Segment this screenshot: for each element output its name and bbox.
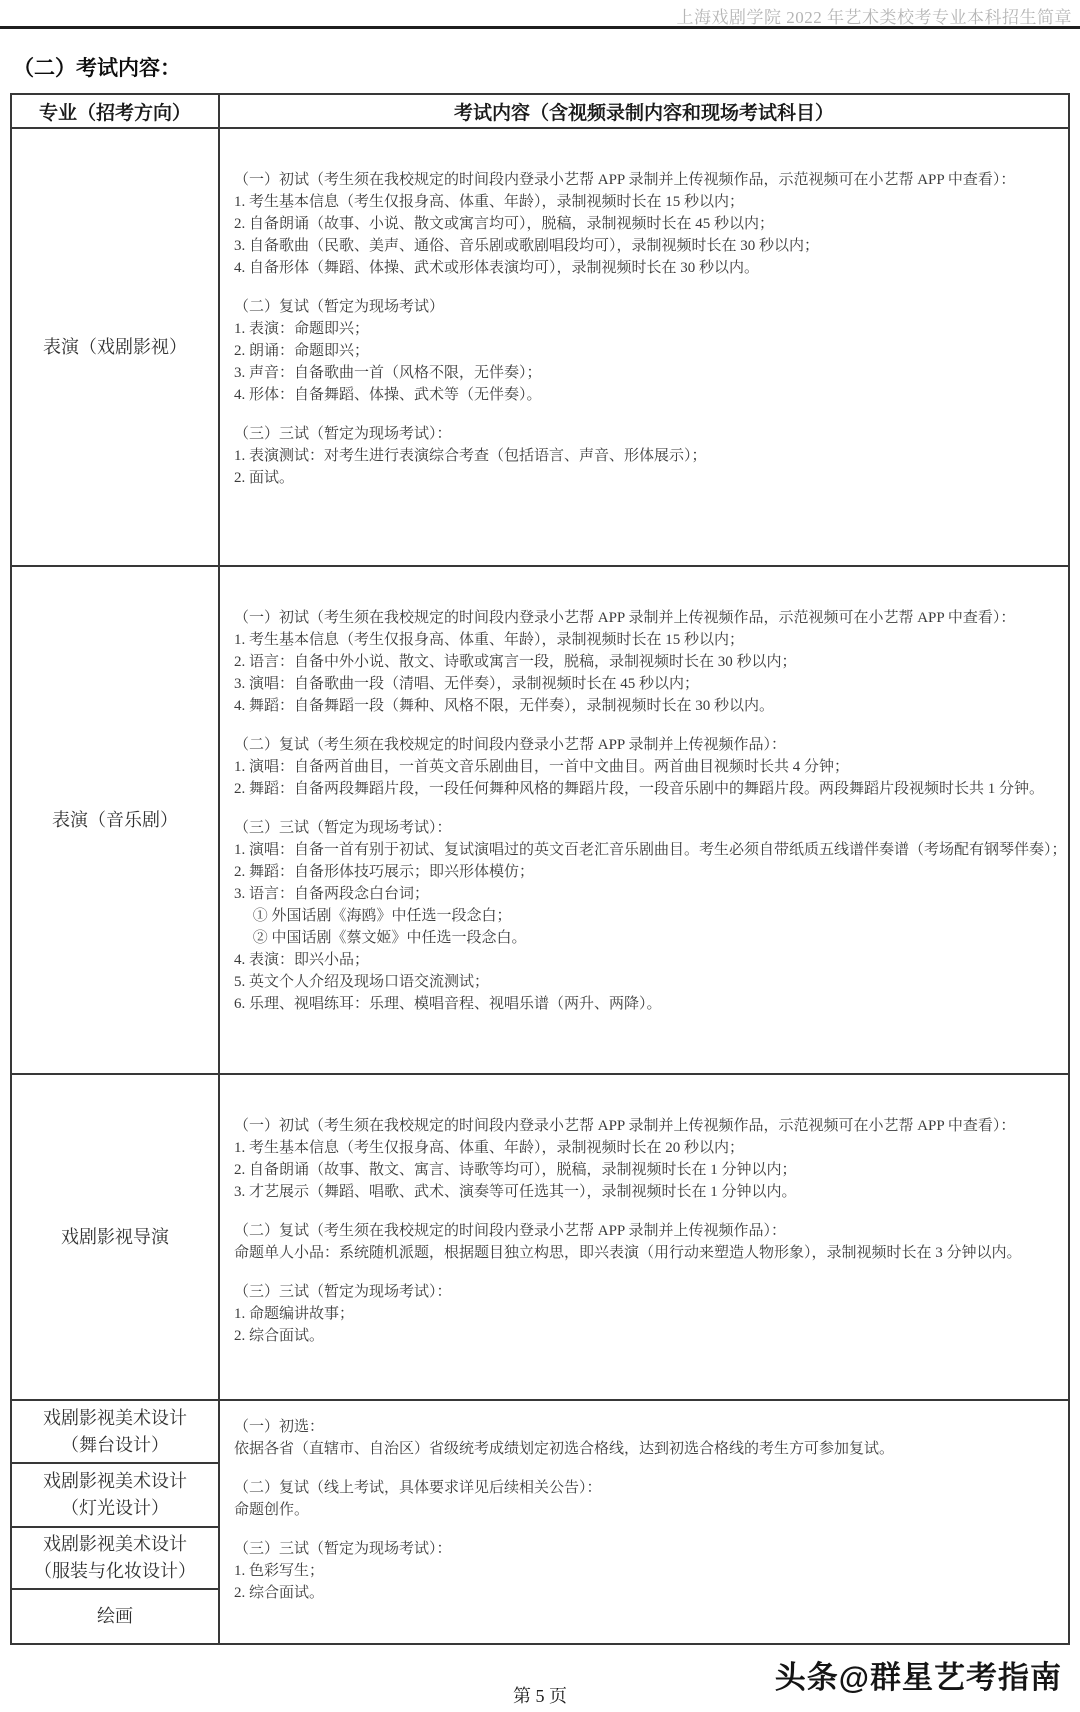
major-cell-huihua: 绘画 bbox=[11, 1589, 219, 1644]
col-header-exam-content: 考试内容（含视频录制内容和现场考试科目） bbox=[219, 94, 1069, 128]
major-cell-biaoyan-yinyueju: 表演（音乐剧） bbox=[11, 566, 219, 1074]
text-line bbox=[234, 279, 1064, 296]
text-line: 1. 表演测试：对考生进行表演综合考查（包括语言、声音、形体展示）； bbox=[234, 445, 1064, 467]
text-line: 2. 语言：自备中外小说、散文、诗歌或寓言一段，脱稿，录制视频时长在 30 秒以… bbox=[234, 651, 1064, 673]
text-line: 2. 舞蹈：自备形体技巧展示；即兴形体模仿； bbox=[234, 861, 1064, 883]
text-line: 2. 综合面试。 bbox=[234, 1582, 1064, 1604]
col-header-major: 专业（招考方向） bbox=[11, 94, 219, 128]
text-line: 表演（音乐剧） bbox=[12, 807, 218, 834]
text-line: 6. 乐理、视唱练耳：乐理、模唱音程、视唱乐谱（两升、两降）。 bbox=[234, 993, 1064, 1015]
text-line: （三）三试（暂定为现场考试）： bbox=[234, 817, 1064, 839]
text-line: 1. 演唱：自备两首曲目，一首英文音乐剧曲目，一首中文曲目。两首曲目视频时长共 … bbox=[234, 756, 1064, 778]
text-line: 表演（戏剧影视） bbox=[12, 334, 218, 361]
text-line: （三）三试（暂定为现场考试）： bbox=[234, 1281, 1064, 1303]
text-line bbox=[234, 1264, 1064, 1281]
table-row: 戏剧影视导演 （一）初试（考生须在我校规定的时间段内登录小艺帮 APP 录制并上… bbox=[11, 1074, 1069, 1400]
text-line: ① 外国话剧《海鸥》中任选一段念白； bbox=[234, 905, 1064, 927]
text-line: 命题单人小品：系统随机派题，根据题目独立构思，即兴表演（用行动来塑造人物形象），… bbox=[234, 1242, 1064, 1264]
text-line: 1. 考生基本信息（考生仅报身高、体重、年龄），录制视频时长在 15 秒以内； bbox=[234, 629, 1064, 651]
section-title: （二）考试内容： bbox=[13, 52, 181, 82]
document-page: 上海戏剧学院 2022 年艺术类校考专业本科招生简章 （二）考试内容： 专业（招… bbox=[0, 0, 1080, 1712]
text-line: （二）复试（线上考试，具体要求详见后续相关公告）： bbox=[234, 1477, 1064, 1499]
text-line: （一）初试（考生须在我校规定的时间段内登录小艺帮 APP 录制并上传视频作品，示… bbox=[234, 607, 1064, 629]
text-line: （一）初试（考生须在我校规定的时间段内登录小艺帮 APP 录制并上传视频作品，示… bbox=[234, 1115, 1064, 1137]
major-cell-fuzhuang-huazhuang: 戏剧影视美术设计（服装与化妆设计） bbox=[11, 1527, 219, 1589]
exam-content-cell: （一）初试（考生须在我校规定的时间段内登录小艺帮 APP 录制并上传视频作品，示… bbox=[219, 566, 1069, 1074]
text-line: 2. 自备朗诵（故事、小说、散文或寓言均可），脱稿，录制视频时长在 45 秒以内… bbox=[234, 213, 1064, 235]
text-line bbox=[234, 406, 1064, 423]
text-line: 2. 朗诵：命题即兴； bbox=[234, 340, 1064, 362]
text-line: 3. 语言：自备两段念白台词； bbox=[234, 883, 1064, 905]
table-row: 表演（音乐剧） （一）初试（考生须在我校规定的时间段内登录小艺帮 APP 录制并… bbox=[11, 566, 1069, 1074]
text-line: （一）初选： bbox=[234, 1416, 1064, 1438]
text-line bbox=[234, 717, 1064, 734]
text-line: （一）初试（考生须在我校规定的时间段内登录小艺帮 APP 录制并上传视频作品，示… bbox=[234, 169, 1064, 191]
text-line: 3. 自备歌曲（民歌、美声、通俗、音乐剧或歌剧唱段均可），录制视频时长在 30 … bbox=[234, 235, 1064, 257]
text-line bbox=[234, 1203, 1064, 1220]
text-line: 4. 表演：即兴小品； bbox=[234, 949, 1064, 971]
document-header-text: 上海戏剧学院 2022 年艺术类校考专业本科招生简章 bbox=[677, 3, 1073, 28]
text-line: 戏剧影视美术设计 bbox=[12, 1468, 218, 1495]
text-line: 1. 色彩写生； bbox=[234, 1560, 1064, 1582]
text-line: （灯光设计） bbox=[12, 1495, 218, 1522]
table-header-row: 专业（招考方向） 考试内容（含视频录制内容和现场考试科目） bbox=[11, 94, 1069, 128]
text-line: 2. 自备朗诵（故事、散文、寓言、诗歌等均可），脱稿，录制视频时长在 1 分钟以… bbox=[234, 1159, 1064, 1181]
header-rule bbox=[0, 26, 1080, 29]
text-line: （舞台设计） bbox=[12, 1432, 218, 1459]
text-line: 戏剧影视美术设计 bbox=[12, 1405, 218, 1432]
major-cell-biaoyan-xijuyingshi: 表演（戏剧影视） bbox=[11, 128, 219, 566]
exam-content-cell: （一）初试（考生须在我校规定的时间段内登录小艺帮 APP 录制并上传视频作品，示… bbox=[219, 128, 1069, 566]
page-number: 第 5 页 bbox=[0, 1682, 1080, 1708]
text-line: 2. 舞蹈：自备两段舞蹈片段，一段任何舞种风格的舞蹈片段，一段音乐剧中的舞蹈片段… bbox=[234, 778, 1064, 800]
text-line: 1. 考生基本信息（考生仅报身高、体重、年龄），录制视频时长在 20 秒以内； bbox=[234, 1137, 1064, 1159]
table-row: 戏剧影视美术设计（舞台设计） （一）初选：依据各省（直辖市、自治区）省级统考成绩… bbox=[11, 1400, 1069, 1463]
text-line: 3. 声音：自备歌曲一首（风格不限，无伴奏）； bbox=[234, 362, 1064, 384]
text-line: 戏剧影视导演 bbox=[12, 1224, 218, 1251]
exam-content-cell-merged: （一）初选：依据各省（直辖市、自治区）省级统考成绩划定初选合格线，达到初选合格线… bbox=[219, 1400, 1069, 1644]
major-cell-daoyan: 戏剧影视导演 bbox=[11, 1074, 219, 1400]
table-row: 表演（戏剧影视） （一）初试（考生须在我校规定的时间段内登录小艺帮 APP 录制… bbox=[11, 128, 1069, 566]
text-line: 1. 演唱：自备一首有别于初试、复试演唱过的英文百老汇音乐剧曲目。考生必须自带纸… bbox=[234, 839, 1064, 861]
text-line bbox=[234, 800, 1064, 817]
text-line bbox=[234, 1460, 1064, 1477]
text-line: （三）三试（暂定为现场考试）： bbox=[234, 1538, 1064, 1560]
text-line: 3. 演唱：自备歌曲一段（清唱、无伴奏），录制视频时长在 45 秒以内； bbox=[234, 673, 1064, 695]
text-line: 1. 表演：命题即兴； bbox=[234, 318, 1064, 340]
text-line: 5. 英文个人介绍及现场口语交流测试； bbox=[234, 971, 1064, 993]
text-line: （二）复试（考生须在我校规定的时间段内登录小艺帮 APP 录制并上传视频作品）： bbox=[234, 1220, 1064, 1242]
text-line: （服装与化妆设计） bbox=[12, 1558, 218, 1585]
exam-content-cell: （一）初试（考生须在我校规定的时间段内登录小艺帮 APP 录制并上传视频作品，示… bbox=[219, 1074, 1069, 1400]
text-line: 依据各省（直辖市、自治区）省级统考成绩划定初选合格线，达到初选合格线的考生方可参… bbox=[234, 1438, 1064, 1460]
text-line: 绘画 bbox=[12, 1603, 218, 1630]
text-line: 2. 综合面试。 bbox=[234, 1325, 1064, 1347]
text-line: 3. 才艺展示（舞蹈、唱歌、武术、演奏等可任选其一），录制视频时长在 1 分钟以… bbox=[234, 1181, 1064, 1203]
exam-table: 专业（招考方向） 考试内容（含视频录制内容和现场考试科目） 表演（戏剧影视） （… bbox=[10, 93, 1070, 1645]
text-line: 戏剧影视美术设计 bbox=[12, 1531, 218, 1558]
text-line: （三）三试（暂定为现场考试）： bbox=[234, 423, 1064, 445]
text-line: 4. 自备形体（舞蹈、体操、武术或形体表演均可），录制视频时长在 30 秒以内。 bbox=[234, 257, 1064, 279]
text-line: 命题创作。 bbox=[234, 1499, 1064, 1521]
major-cell-dengguang-sheji: 戏剧影视美术设计（灯光设计） bbox=[11, 1463, 219, 1527]
text-line: 4. 舞蹈：自备舞蹈一段（舞种、风格不限，无伴奏），录制视频时长在 30 秒以内… bbox=[234, 695, 1064, 717]
major-cell-wutai-sheji: 戏剧影视美术设计（舞台设计） bbox=[11, 1400, 219, 1463]
text-line: ② 中国话剧《蔡文姬》中任选一段念白。 bbox=[234, 927, 1064, 949]
text-line: 4. 形体：自备舞蹈、体操、武术等（无伴奏）。 bbox=[234, 384, 1064, 406]
text-line: 1. 命题编讲故事； bbox=[234, 1303, 1064, 1325]
text-line: 2. 面试。 bbox=[234, 467, 1064, 489]
text-line: （二）复试（暂定为现场考试） bbox=[234, 296, 1064, 318]
text-line: 1. 考生基本信息（考生仅报身高、体重、年龄），录制视频时长在 15 秒以内； bbox=[234, 191, 1064, 213]
text-line: （二）复试（考生须在我校规定的时间段内登录小艺帮 APP 录制并上传视频作品）： bbox=[234, 734, 1064, 756]
text-line bbox=[234, 1521, 1064, 1538]
